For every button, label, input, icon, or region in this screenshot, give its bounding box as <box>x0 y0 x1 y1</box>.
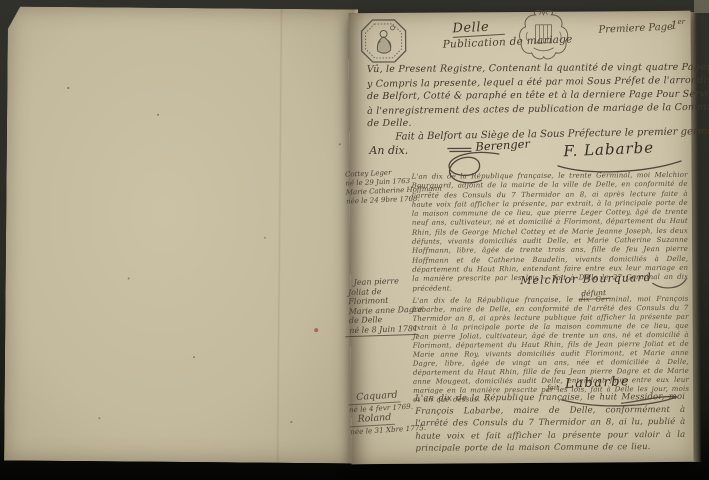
text-line: né le 8 Juin 1781 <box>345 323 418 337</box>
background-page-corner <box>694 0 709 13</box>
octagonal-revenue-stamp-icon <box>358 17 408 65</box>
signature-prefix: fait <box>547 384 559 392</box>
header-place-name: Delle <box>452 19 505 37</box>
certification-paragraph: Vû, le Present Registre, Contenant la qu… <box>367 61 689 131</box>
page-number-suffix: er <box>677 18 685 26</box>
signature-labarbe: Labarbe <box>565 374 631 392</box>
act-publication-3: L'an dix de la République française, le … <box>415 391 685 455</box>
header-page-label: Premiere Page <box>598 22 673 36</box>
left-page-blank <box>4 6 358 463</box>
paper-specks <box>67 87 69 89</box>
certification-year: An dix. <box>369 144 408 157</box>
melchior-signature-flourish <box>650 277 688 293</box>
right-page: Delle Publication de mariage Premiere Pa… <box>348 11 693 464</box>
header-page-number: 1er <box>670 18 685 32</box>
signature-clerk: Berenger <box>475 137 530 154</box>
scanned-archive-document: Delle Publication de mariage Premiere Pa… <box>0 0 709 480</box>
